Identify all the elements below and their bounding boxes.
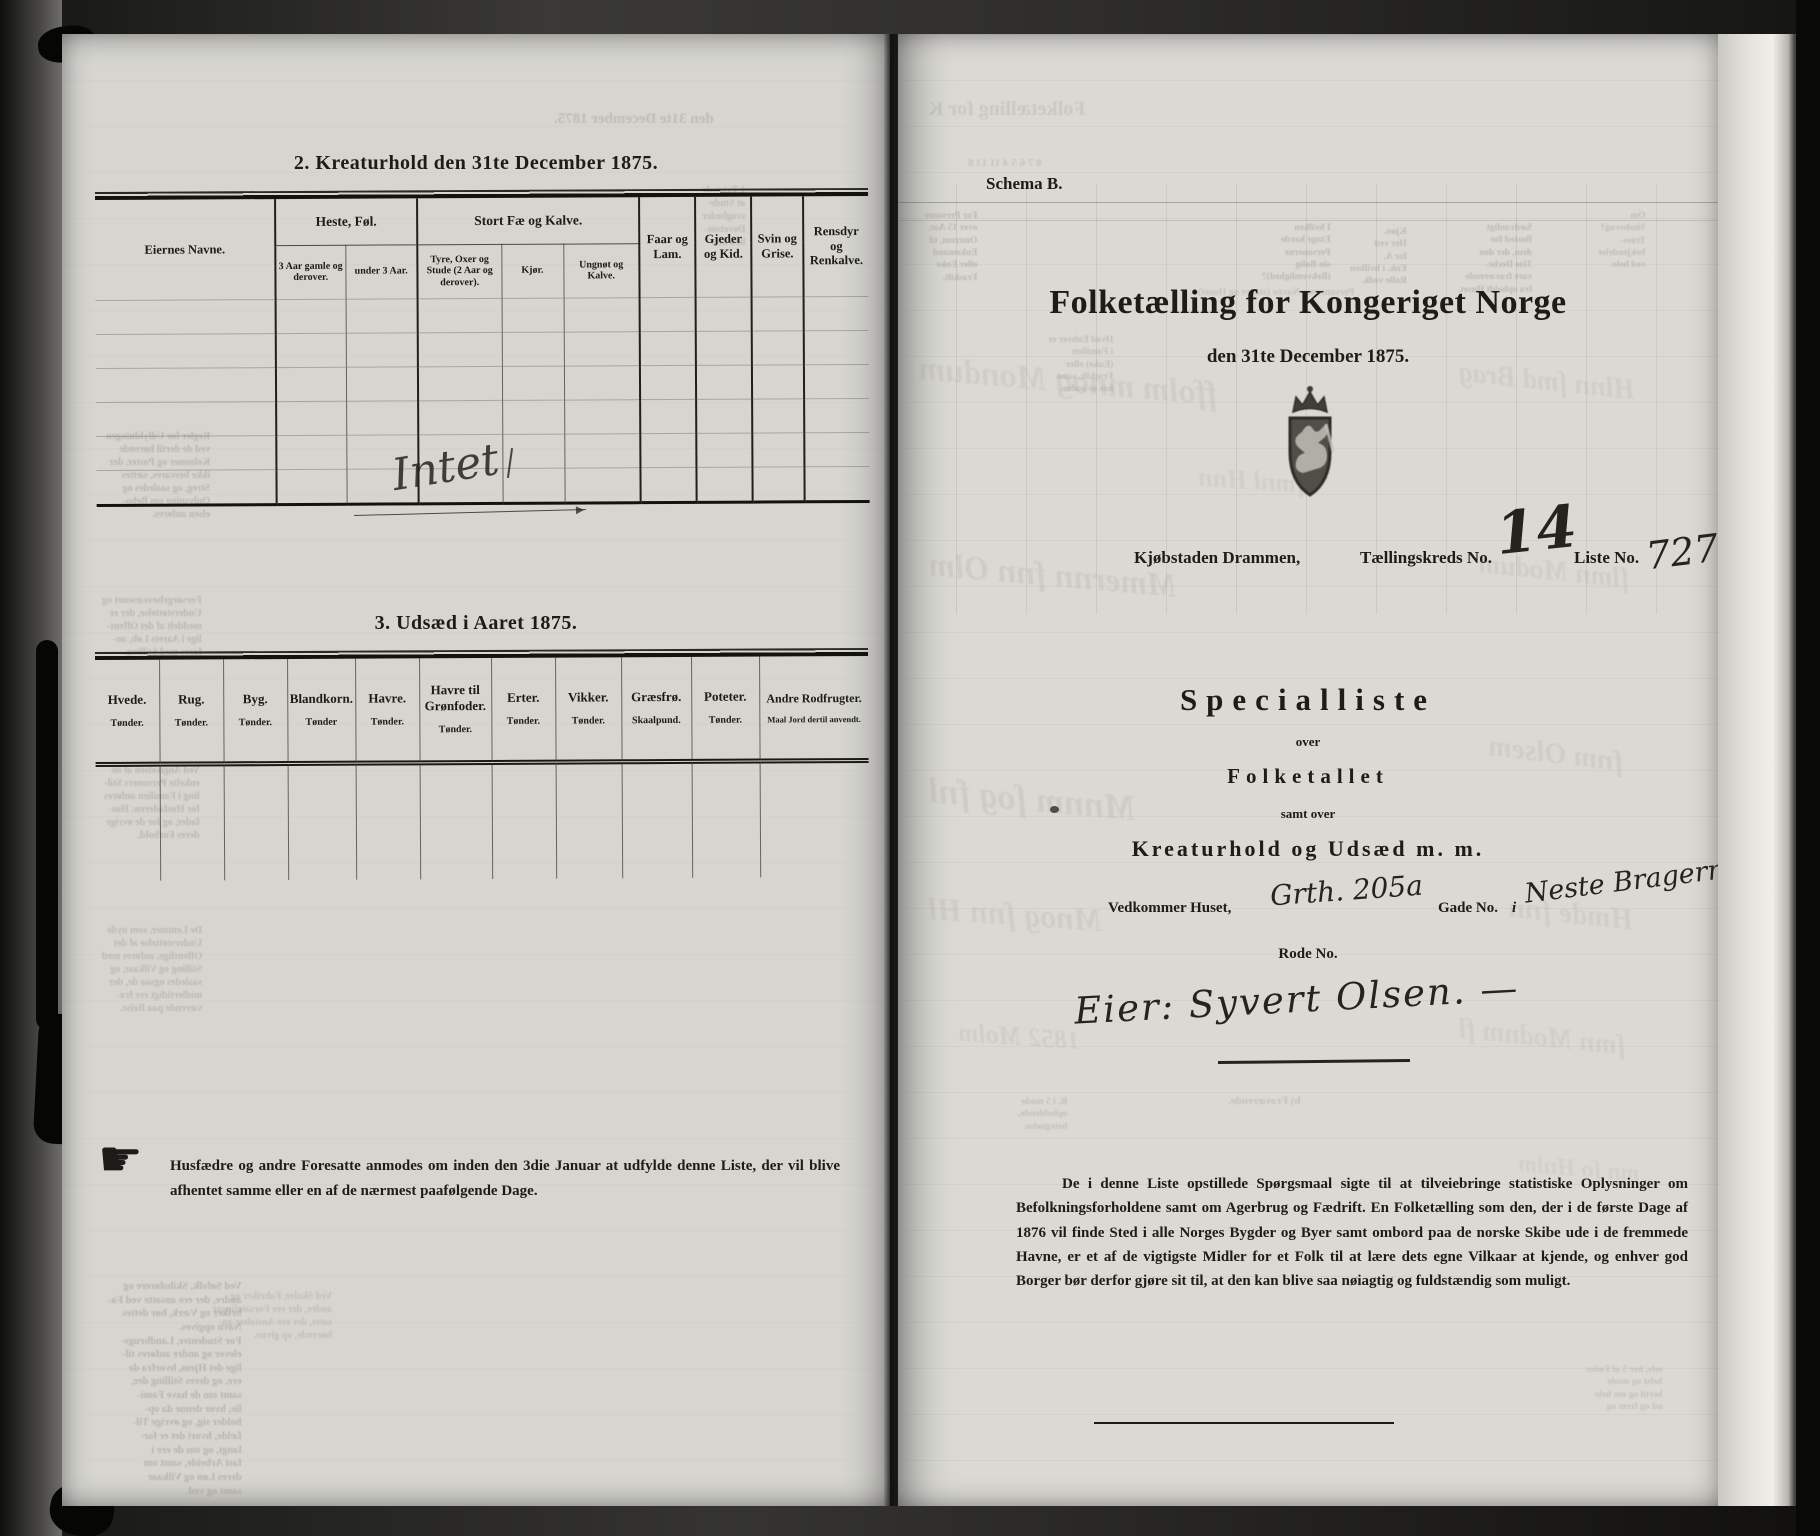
col-header-eiernes-navne: Eiernes Navne.: [95, 199, 276, 300]
col-header-gjeder: Gjeder og Kid.: [695, 197, 752, 297]
bleed-through-text: 8 7 6 5 4 11 13 8: [968, 156, 1042, 170]
table-cell: Tønder.: [494, 715, 553, 727]
table-cell: [502, 468, 564, 503]
table-cell: [276, 469, 346, 504]
bleed-through-text: Mnog ſnn Hl: [927, 888, 1104, 942]
table-cell: Skaalpund.: [624, 715, 689, 727]
notice-paragraph: De i denne Liste opstillede Spørgsmaal s…: [1016, 1172, 1688, 1293]
bleed-through-text: De Lemmer, som nyde Understøttelse af de…: [102, 924, 202, 1015]
table-cell: [640, 365, 696, 399]
samt-over-label: samt over: [898, 806, 1718, 822]
empty-table-row: [96, 364, 869, 402]
table-cell: Byg.: [243, 691, 268, 706]
table-cell: [622, 761, 693, 878]
col-header-faar: Faar og Lam.: [639, 197, 696, 297]
col-header-poteter: Poteter.Tønder.: [691, 657, 760, 762]
table-cell: Havre til Grønfoder.: [425, 682, 486, 713]
bleed-through-text: Folketælling for K: [928, 96, 1085, 122]
document-title: Folketælling for Kongeriget Norge: [898, 284, 1718, 322]
table-cell: Tønder.: [694, 714, 757, 726]
document-date-line: den 31te December 1875.: [898, 346, 1718, 368]
district-label: Tællingskreds No.: [1360, 548, 1492, 568]
table-cell: [641, 467, 697, 502]
table-cell: Blandkorn.: [290, 691, 353, 706]
house-label: Vedkommer Huset,: [1108, 900, 1231, 917]
table-cell: [276, 435, 346, 469]
bleed-through-text: I hvilken Etage havde Personerne sin Bol…: [1262, 222, 1331, 284]
table-cell: [276, 401, 346, 435]
table-cell: [804, 466, 869, 501]
section-3-title: 3. Udsæd i Aaret 1875.: [62, 612, 890, 635]
col-header-svin: Svin og Grise.: [751, 196, 804, 296]
table-cell: [276, 333, 346, 367]
table-cell: Hvede.: [108, 692, 147, 707]
table-cell: [346, 332, 418, 366]
table-cell: [96, 764, 161, 881]
table-cell: [96, 435, 276, 470]
norwegian-lion-crest: [1266, 382, 1354, 532]
table-cell: [96, 760, 870, 881]
col-header-heste-3aar: 3 Aar gamle og derover.: [275, 245, 345, 299]
folketallet-title: Folketallet: [898, 764, 1718, 789]
city-label: Kjøbstaden Drammen,: [1134, 548, 1300, 568]
bleed-through-text: Ved Skoler, Fabriker og andre, der ere F…: [212, 1290, 332, 1342]
table-cell: Eiernes Navne. Heste, Føl. Stort Fæ og K…: [95, 196, 868, 246]
table-cell: [556, 762, 623, 879]
footnote-text: Husfædre og andre Foresatte anmodes om i…: [170, 1154, 840, 1204]
pointing-hand-icon: ☛: [98, 1130, 143, 1188]
col-header-byg: Byg.Tønder.: [223, 659, 288, 764]
specialliste-title: Specialliste: [898, 682, 1718, 718]
table-cell: [640, 297, 696, 331]
table-cell: [276, 299, 346, 333]
bleed-through-text: R. i 5 mode opholdende, betegnelse.: [1018, 1096, 1067, 1133]
col-header-havre-gronfoder: Havre til Grønfoder.Tønder.: [419, 658, 492, 763]
table-cell: Tønder.: [558, 715, 619, 727]
bleed-through-text: ſmn Modnm fl: [1457, 1011, 1628, 1065]
table-cell: [564, 433, 640, 467]
table-cell: [502, 366, 564, 400]
table-cell: Tønder.: [97, 717, 157, 729]
table-cell: [804, 330, 869, 364]
bleed-through-text: selv, her 5 af Fødes helst og mode herti…: [1586, 1364, 1663, 1413]
table-cell: Hvede.Tønder. Rug.Tønder. Byg.Tønder. Bl…: [95, 656, 869, 765]
schema-label: Schema B.: [986, 174, 1063, 194]
table-cell: [760, 760, 870, 877]
handwritten-district-number: 14: [1493, 492, 1580, 568]
table-cell: [96, 401, 276, 436]
table-cell: [96, 299, 276, 334]
col-group-heste: Heste, Føl.: [275, 198, 417, 245]
bleed-through-text: 1852 Molm: [957, 1016, 1081, 1058]
table-cell: Tønder.: [422, 724, 489, 736]
table-cell: [804, 432, 869, 466]
table-cell: [696, 399, 752, 433]
over-label: over: [898, 734, 1718, 750]
table-cell: [804, 364, 869, 398]
table-cell: [752, 432, 804, 466]
bleed-through-text: Om Sindssvag? Troes- bekjendelse ved hel…: [1598, 210, 1646, 272]
table-cell: Poteter.: [704, 689, 747, 704]
scan-artifact-blob: [36, 640, 58, 1030]
table-cell: [346, 298, 418, 332]
table-cell: [564, 297, 640, 331]
left-page: den 31te December 1875.1 Tvistede at Stu…: [62, 34, 890, 1506]
scan-border-bottom: [0, 1506, 1820, 1536]
table-cell: [752, 398, 804, 432]
table-cell: [346, 366, 418, 400]
col-header-tyre: Tyre, Oxer og Stude (2 Aar og derover).: [417, 244, 501, 298]
table-cell: [752, 466, 804, 501]
table-cell: [752, 364, 804, 398]
table-cell: Tønder.: [162, 717, 221, 729]
table-cell: [420, 762, 493, 879]
closing-rule: [1094, 1422, 1394, 1424]
table-cell: [502, 298, 564, 332]
section-2-title: 2. Kreaturhold den 31te December 1875.: [62, 152, 890, 175]
table-cell: Vikker.: [568, 690, 609, 705]
table-cell: [288, 763, 357, 880]
table-cell: Tønder.: [358, 716, 417, 728]
table-cell: [346, 400, 418, 434]
table-cell: [356, 763, 421, 880]
table-cell: [752, 296, 804, 330]
empty-table-row: [96, 330, 869, 368]
table-cell: [696, 433, 752, 467]
col-header-heste-under3: under 3 Aar.: [345, 244, 417, 298]
table-cell: [640, 399, 696, 433]
table-cell: [276, 367, 346, 401]
table-cell: [418, 400, 502, 434]
page-gutter-shadow: [884, 34, 898, 1506]
table-cell: Hvede.Tønder. Rug.Tønder. Byg.Tønder. Bl…: [95, 656, 869, 765]
table-cell: Andre Rodfrugter.: [766, 691, 861, 705]
table-cell: [564, 467, 640, 502]
table-cell: [640, 433, 696, 467]
table-cell: [564, 399, 640, 433]
table-cell: [96, 367, 276, 402]
empty-table-row: [96, 296, 869, 334]
col-header-erter: Erter.Tønder.: [491, 658, 556, 763]
scanned-census-document: { "left_page": { "kreaturhold": { "title…: [0, 0, 1820, 1536]
col-group-stort-fae: Stort Fæ og Kalve.: [417, 197, 639, 244]
table-cell: [696, 467, 752, 502]
table-cell: [696, 297, 752, 331]
table-cell: [640, 331, 696, 365]
col-header-havre: Havre.Tønder.: [355, 658, 420, 763]
col-header-rensdyr: Rensdyr og Renkalve.: [803, 196, 869, 296]
table-cell: [492, 762, 557, 879]
table-cell: Eiernes Navne. Heste, Føl. Stort Fæ og K…: [95, 196, 869, 300]
bleed-through-text: For Personer over 15 Aar, Omtrent, til E…: [924, 210, 977, 284]
kreaturhold-udsaed-title: Kreaturhold og Udsæd m. m.: [898, 836, 1718, 862]
table-cell: Maal Jord dertil anvendt.: [762, 715, 867, 725]
table-cell: [96, 333, 276, 368]
table-cell: [224, 764, 289, 881]
col-header-blandkorn: Blandkorn.Tønder: [287, 659, 356, 764]
table-cell: [160, 764, 225, 881]
col-header-rug: Rug.Tønder.: [159, 659, 224, 764]
table-cell: Tønder: [290, 716, 353, 728]
table-cell: [564, 331, 640, 365]
handwritten-list-number: 727: [1644, 526, 1721, 579]
table-cell: [96, 469, 276, 505]
col-header-vikker: Vikker.Tønder.: [555, 657, 622, 762]
next-page-edge: [1718, 34, 1796, 1506]
table-cell: [418, 332, 502, 366]
col-header-graesfro: Græsfrø.Skaalpund.: [621, 657, 692, 762]
table-cell: Tønder.: [226, 717, 285, 729]
bleed-through-text: Ved Søfolk, Skibsførere og andre, der er…: [108, 1280, 242, 1498]
table-cell: [696, 365, 752, 399]
table-cell: [502, 400, 564, 434]
table-cell: [418, 366, 502, 400]
udsaed-table: Hvede.Tønder. Rug.Tønder. Byg.Tønder. Bl…: [95, 656, 869, 881]
gade-label: Gade No.: [1438, 900, 1498, 917]
table-cell: Havre.: [368, 691, 406, 706]
rode-label: Rode No.: [898, 946, 1718, 963]
table-cell: Rug.: [178, 692, 204, 707]
table-cell: [804, 296, 869, 330]
col-header-andre-rodfrugter: Andre Rodfrugter.Maal Jord dertil anvend…: [759, 656, 869, 761]
scan-border-right: [1796, 0, 1820, 1536]
table-cell: [564, 365, 640, 399]
table-cell: [696, 331, 752, 365]
table-cell: [502, 332, 564, 366]
right-page: Folketælling for K8 7 6 5 4 11 13 8For P…: [898, 34, 1718, 1506]
table-cell: [804, 398, 869, 432]
table-cell: Græsfrø.: [631, 689, 681, 704]
col-header-kjor: Kjør.: [501, 244, 563, 298]
table-cell: Erter.: [507, 690, 539, 705]
bleed-through-text: den 31te December 1875.: [554, 110, 714, 130]
col-header-ungnot: Ungnøt og Kalve.: [563, 243, 639, 297]
col-header-hvede: Hvede.Tønder.: [95, 660, 160, 765]
list-label: Liste No.: [1574, 548, 1639, 568]
scan-border-top: [0, 0, 1820, 34]
bleed-through-text: b) Fraværende.: [1228, 1094, 1301, 1108]
in-label: i: [1512, 900, 1516, 917]
table-cell: [692, 761, 761, 878]
table-cell: [752, 330, 804, 364]
bleed-through-text: Kjøn. Her ved for A. Enk. i hvilken Roll…: [1350, 226, 1407, 288]
empty-table-row: [96, 398, 869, 436]
table-cell: [418, 298, 502, 332]
table-cell: [1293, 392, 1327, 412]
empty-table-row: [96, 760, 870, 881]
